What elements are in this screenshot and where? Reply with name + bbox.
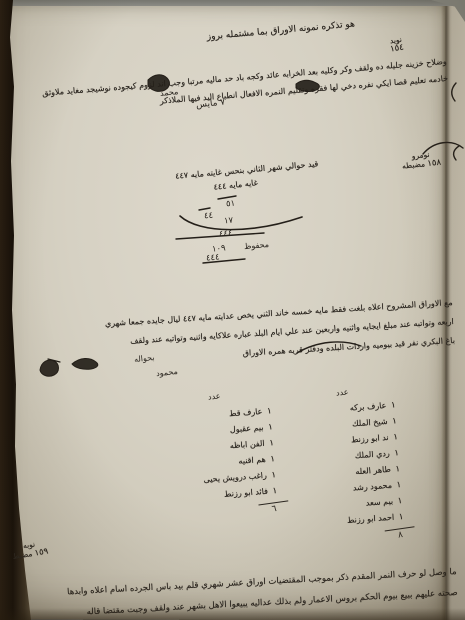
signature-top: محمد bbox=[160, 87, 179, 98]
count-header-right: عدد bbox=[336, 387, 349, 397]
tally-mark: ١ bbox=[268, 486, 283, 497]
ledger-figure-d: ٤٤٤ bbox=[219, 228, 234, 239]
photo-frame: هو تذكره نمونه الاوراق بما مشتمله بروز ن… bbox=[0, 0, 465, 620]
count-header-left: عدد bbox=[208, 391, 221, 401]
margin-note-bottom-number: ١٥٩ bbox=[34, 547, 49, 559]
tally-mark: ١ bbox=[264, 438, 279, 449]
tally-mark: ١ bbox=[394, 512, 409, 523]
tally-mark: ١ bbox=[392, 480, 407, 491]
tally-mark: ١ bbox=[265, 454, 280, 465]
roster-column-right: ١عارف بركه ١شيخ الملك ١ند ابو رزنط ١ردي … bbox=[278, 400, 409, 548]
ledger-figure-f: ٤٤٤ bbox=[206, 252, 221, 263]
margin-note-right-number: ١٥٨ bbox=[427, 158, 442, 169]
tally-mark: ١ bbox=[390, 464, 405, 475]
ledger-figure-a: ٥١ bbox=[226, 199, 236, 210]
tally-mark: ١ bbox=[386, 400, 401, 411]
ledger-figure-b: ٤٤ bbox=[204, 211, 214, 222]
margin-note-bottom-label: مضبط bbox=[12, 549, 33, 561]
photo-background-top bbox=[0, 0, 465, 6]
bottom-edge-shadow bbox=[0, 608, 465, 620]
tally-mark: ١ bbox=[387, 416, 402, 427]
roster-column-left: ١عارف قط ١بيم عقبول ١الفن اباظه ١هم اقني… bbox=[146, 406, 283, 523]
tally-mark: ١ bbox=[263, 422, 278, 433]
tally-mark: ١ bbox=[266, 470, 281, 481]
tally-mark: ١ bbox=[262, 406, 277, 417]
margin-note-right-label: مضبطه bbox=[402, 159, 426, 170]
ledger-figure-c: ١٧ bbox=[224, 216, 234, 227]
tally-mark: ١ bbox=[388, 432, 403, 443]
tally-mark: ١ bbox=[393, 496, 408, 507]
tally-mark: ١ bbox=[389, 448, 404, 459]
